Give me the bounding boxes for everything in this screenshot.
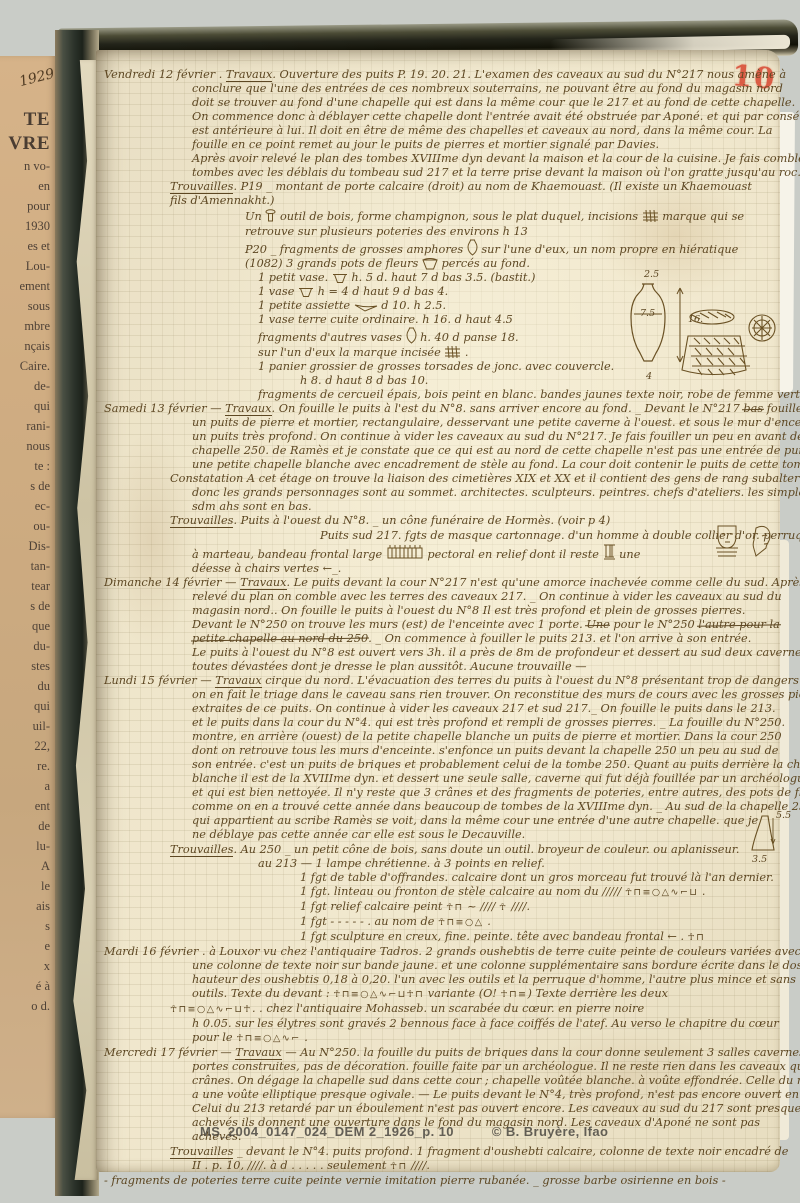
handwritten-text: . On fouille le puits à l'est du N°8. sa… bbox=[272, 402, 744, 415]
newspaper-fragment: s de bbox=[0, 596, 57, 616]
handwritten-text: h 0.05. sur les élytres sont gravés 2 be… bbox=[192, 1017, 779, 1030]
newspaper-fragment: o d. bbox=[0, 996, 57, 1016]
handwritten-text: percés au fond. bbox=[438, 257, 530, 270]
handwritten-text: Mercredi 17 février — bbox=[104, 1046, 235, 1059]
manuscript-line: une colonne de texte noir sur bande jaun… bbox=[104, 959, 780, 973]
underlined-keyword: Trouvailles bbox=[170, 514, 233, 528]
newspaper-fragment: A bbox=[0, 856, 57, 876]
underlined-keyword: Travaux bbox=[235, 1046, 281, 1060]
hieroglyph-run: ☥⊓≡ bbox=[501, 989, 528, 1000]
handwritten-text: Celui du 213 retardé par un éboulement n… bbox=[192, 1102, 800, 1115]
underlined-keyword: Trouvailles bbox=[170, 1145, 233, 1159]
hieroglyph-run: ☥⊓ bbox=[688, 932, 706, 943]
handwritten-text: relevé du plan on comble avec les terres… bbox=[192, 590, 782, 603]
newspaper-fragment: stes bbox=[0, 656, 57, 676]
handwritten-text: dont on retrouve tous les murs d'enceint… bbox=[192, 744, 779, 757]
handwritten-text: Un bbox=[245, 210, 265, 223]
handwritten-text: magasin nord.. On fouille le puits à l'o… bbox=[192, 604, 745, 617]
handwritten-text: . Ouverture des puits P. 19. 20. 21. L'e… bbox=[272, 68, 786, 81]
manuscript-line: doit se trouver au fond d'une chapelle q… bbox=[104, 96, 780, 110]
newspaper-fragment: ement bbox=[0, 276, 57, 296]
newspaper-fragment: e bbox=[0, 936, 57, 956]
handwritten-text: donc les grands personnages sont au somm… bbox=[192, 486, 800, 499]
struck-text: Une bbox=[586, 618, 609, 631]
manuscript-line: P20 _ fragments de grosses amphores sur … bbox=[104, 239, 780, 257]
handwritten-text: 1 vase terre cuite ordinaire. h 16. d ha… bbox=[258, 313, 513, 326]
handwritten-text: ) Texte derrière les deux bbox=[528, 987, 668, 1000]
handwritten-text: pectoral en relief dont il reste bbox=[424, 548, 603, 561]
newspaper-clipping: 1929 TEVREn vo-enpour1930es etLou-ements… bbox=[0, 56, 57, 1118]
manuscript-line: 1 fgt sculpture en creux, fine. peinte. … bbox=[104, 930, 780, 945]
handwritten-text: chapelle 250. de Ramès et je constate qu… bbox=[192, 444, 800, 457]
newspaper-fragment: VRE bbox=[0, 132, 57, 156]
newspaper-fragment: 1930 bbox=[0, 216, 57, 236]
newspaper-fragment: ent bbox=[0, 796, 57, 816]
struck-text: bas bbox=[743, 402, 763, 415]
newspaper-fragment: du bbox=[0, 676, 57, 696]
diary-text: Vendredi 12 février . Travaux. Ouverture… bbox=[104, 68, 780, 1188]
manuscript-line: (1082) 3 grands pots de fleurs percés au… bbox=[104, 257, 780, 271]
handwritten-text: a une voûte elliptique presque ogivale. … bbox=[192, 1088, 800, 1101]
handwritten-text: son entrée. c'est un puits de briques et… bbox=[192, 758, 800, 771]
handwritten-text: sdm ahs sont en bas. bbox=[192, 500, 312, 513]
gridmark-inline-sketch bbox=[642, 210, 659, 223]
manuscript-line: toutes dévastées dont je dresse le plan … bbox=[104, 660, 780, 674]
handwritten-text: . P19 _ montant de porte calcaire (droit… bbox=[233, 180, 751, 193]
newspaper-fragment: re. bbox=[0, 756, 57, 776]
manuscript-line: 1 fgt. linteau ou fronton de stèle calca… bbox=[104, 885, 780, 900]
manuscript-line: Celui du 213 retardé par un éboulement n… bbox=[104, 1102, 780, 1116]
manuscript-line: Devant le N°250 on trouve les murs (est)… bbox=[104, 618, 780, 632]
manuscript-line: portes construites, pas de décoration. f… bbox=[104, 1060, 780, 1074]
newspaper-fragment: tear bbox=[0, 576, 57, 596]
handwritten-text: II . p. 10, ////. à d . . . . . seulemen… bbox=[192, 1159, 390, 1172]
newspaper-fragment: pour bbox=[0, 196, 57, 216]
manuscript-line: II . p. 10, ////. à d . . . . . seulemen… bbox=[104, 1159, 780, 1174]
newspaper-fragment: ais bbox=[0, 896, 57, 916]
manuscript-line: tombes avec les déblais du tombeau sud 2… bbox=[104, 166, 780, 180]
handwritten-text: pour le N°250 bbox=[610, 618, 698, 631]
manuscript-line: son entrée. c'est un puits de briques et… bbox=[104, 758, 780, 772]
manuscript-line: déesse à chairs vertes ←_. bbox=[104, 562, 780, 576]
handwritten-text: qui appartient au scribe Ramès se voit, … bbox=[192, 814, 758, 827]
handwritten-text: ~ //// bbox=[464, 900, 499, 913]
handwritten-text: une colonne de texte noir sur bande jaun… bbox=[192, 959, 800, 972]
handwritten-text: on en fait le triage dans le caveau sans… bbox=[192, 688, 800, 701]
handwritten-text: outil de bois, forme champignon, sous le… bbox=[276, 210, 641, 223]
newspaper-fragment: Caire. bbox=[0, 356, 57, 376]
manuscript-line: fragments de cercueil épais, bois peint … bbox=[104, 388, 780, 402]
underlined-keyword: Trouvailles bbox=[170, 843, 233, 857]
newspaper-fragment: lu- bbox=[0, 836, 57, 856]
manuscript-line: On commence donc à déblayer cette chapel… bbox=[104, 110, 780, 124]
manuscript-line: retrouve sur plusieurs poteries des envi… bbox=[104, 225, 780, 239]
manuscript-line: crânes. On dégage la chapelle sud dans c… bbox=[104, 1074, 780, 1088]
manuscript-line: montre, en arrière (ouest) de la petite … bbox=[104, 730, 780, 744]
manuscript-line: conclure que l'une des entrées de ces no… bbox=[104, 82, 780, 96]
handwritten-year-note: 1929 bbox=[0, 63, 57, 96]
manuscript-line: pour le ☥⊓≡○△∿⌐ . bbox=[104, 1031, 780, 1046]
manuscript-line: Mardi 16 février . à Louxor vu chez l'an… bbox=[104, 945, 780, 959]
newspaper-fragment: TE bbox=[0, 108, 57, 132]
manuscript-line: outils. Texte du devant : ☥⊓≡○△∿⌐⊔☥⊓ var… bbox=[104, 987, 780, 1002]
handwritten-text: h. 40 d panse 18. bbox=[417, 331, 519, 344]
manuscript-line: est antérieure à lui. Il doit en être de… bbox=[104, 124, 780, 138]
handwritten-text: . Puits à l'ouest du N°8. _ un cône funé… bbox=[233, 514, 610, 527]
manuscript-line: Puits sud 217. fgts de masque cartonnage… bbox=[104, 529, 780, 543]
manuscript-line: hauteur des oushebtis 0,18 à 0,20. l'un … bbox=[104, 973, 780, 987]
handwritten-text: cirque du nord. L'évacuation des terres … bbox=[262, 674, 799, 687]
handwritten-text: (1082) 3 grands pots de fleurs bbox=[245, 257, 422, 270]
manuscript-line: fils d'Amennakht.) bbox=[104, 194, 780, 208]
handwritten-text: un puits très profond. On continue à vid… bbox=[192, 430, 800, 443]
scanned-notebook-page: 1929 TEVREn vo-enpour1930es etLou-ements… bbox=[0, 0, 800, 1203]
handwritten-text: et qui est bien nettoyée. Il n'y reste q… bbox=[192, 786, 800, 799]
manuscript-line: magasin nord.. On fouille le puits à l'o… bbox=[104, 604, 780, 618]
handwritten-text: . bbox=[301, 1031, 308, 1044]
bandeau-inline-sketch bbox=[386, 548, 424, 561]
newspaper-fragment: qui bbox=[0, 396, 57, 416]
manuscript-line: 1 fgt de table d'offrandes. calcaire don… bbox=[104, 871, 780, 885]
handwritten-text: Lundi 15 février — bbox=[104, 674, 215, 687]
handwritten-text: h. 5 d. haut 7 d bas 3.5. (bastit.) bbox=[348, 271, 536, 284]
newspaper-fragment: te : bbox=[0, 456, 57, 476]
handwritten-text: déesse à chairs vertes ←_. bbox=[192, 562, 341, 575]
hieroglyph-run: ☥⊓≡○△∿⌐⊔☥ bbox=[170, 1004, 252, 1015]
handwritten-text: 1 petite assiette bbox=[258, 299, 354, 312]
newspaper-fragment: du- bbox=[0, 636, 57, 656]
struck-text: l'autre pour la bbox=[698, 618, 780, 631]
manuscript-line: Le puits à l'ouest du N°8 est ouvert ver… bbox=[104, 646, 780, 660]
pot-inline-sketch bbox=[422, 257, 438, 270]
newspaper-fragment: ou- bbox=[0, 516, 57, 536]
handwritten-text: toutes dévastées dont je dresse le plan … bbox=[192, 660, 587, 673]
handwritten-text: Constatation A cet étage on trouve la li… bbox=[170, 472, 800, 485]
manuscript-line: fouille en ce point remet au jour le pui… bbox=[104, 138, 780, 152]
manuscript-line: relevé du plan on comble avec les terres… bbox=[104, 590, 780, 604]
handwritten-text: Après avoir relevé le plan des tombes XV… bbox=[192, 152, 800, 165]
newspaper-fragment: x bbox=[0, 956, 57, 976]
manuscript-line: ne déblaye pas cette année car elle est … bbox=[104, 828, 780, 842]
manuscript-line: un puits de pierre et mortier, rectangul… bbox=[104, 416, 780, 430]
handwritten-text: est antérieure à lui. Il doit en être de… bbox=[192, 124, 773, 137]
vase-inline-sketch bbox=[298, 285, 314, 298]
handwritten-text: montre, en arrière (ouest) de la petite … bbox=[192, 730, 782, 743]
newspaper-fragment: en bbox=[0, 176, 57, 196]
handwritten-text: pour le bbox=[192, 1031, 236, 1044]
newspaper-fragment: é à bbox=[0, 976, 57, 996]
manuscript-line: blanche il est de la XVIIIme dyn. et des… bbox=[104, 772, 780, 786]
handwritten-text: tombes avec les déblais du tombeau sud 2… bbox=[192, 166, 800, 179]
two-faces-sketch bbox=[712, 522, 776, 566]
underlined-keyword: Travaux bbox=[215, 674, 261, 688]
amphora-inline-sketch bbox=[406, 331, 417, 344]
hieroglyph-run: ☥ bbox=[499, 902, 508, 913]
hieroglyph-run: ☥⊓≡○△∿⌐ bbox=[236, 1033, 300, 1044]
manuscript-line: 1 fgt relief calcaire peint ☥⊓ ~ //// ☥ … bbox=[104, 900, 780, 915]
manuscript-line: petite chapelle au nord du 250. _ On com… bbox=[104, 632, 780, 646]
copyright-credit: © B. Bruyère, Ifao bbox=[492, 1124, 608, 1139]
handwritten-text: h = 4 d haut 9 d bas 4. bbox=[314, 285, 448, 298]
manuscript-line: h 0.05. sur les élytres sont gravés 2 be… bbox=[104, 1017, 780, 1031]
manuscript-line: un puits très profond. On continue à vid… bbox=[104, 430, 780, 444]
handwritten-text: fils d'Amennakht.) bbox=[170, 194, 274, 207]
handwritten-text: fouille en ce point remet au jour le pui… bbox=[192, 138, 659, 151]
manuscript-line: et qui est bien nettoyée. Il n'y reste q… bbox=[104, 786, 780, 800]
newspaper-fragment: de bbox=[0, 816, 57, 836]
newspaper-fragment: nous bbox=[0, 436, 57, 456]
handwritten-text: 1 fgt de table d'offrandes. calcaire don… bbox=[300, 871, 774, 884]
newspaper-fragment: mbre bbox=[0, 316, 57, 336]
manuscript-line: Mercredi 17 février — Travaux — Au N°250… bbox=[104, 1046, 780, 1060]
newspaper-fragment: Dis- bbox=[0, 536, 57, 556]
plate-inline-sketch bbox=[354, 299, 378, 312]
newspaper-fragment: le bbox=[0, 876, 57, 896]
manuscript-line: 1 fgt - - - - - . au nom de ☥⊓≡○△ . bbox=[104, 915, 780, 930]
underlined-keyword: Travaux bbox=[225, 402, 271, 416]
handwritten-text: sur l'un d'eux la marque incisée bbox=[258, 346, 444, 359]
handwritten-text: Le puits à l'ouest du N°8 est ouvert ver… bbox=[192, 646, 800, 659]
basket-with-lid-sketch bbox=[680, 308, 776, 396]
handwritten-text: portes construites, pas de décoration. f… bbox=[192, 1060, 800, 1073]
manuscript-line: une petite chapelle blanche avec encadre… bbox=[104, 458, 780, 472]
hieroglyph-run: ☥⊓≡○△∿⌐⊔ bbox=[625, 887, 698, 898]
handwritten-text: une petite chapelle blanche avec encadre… bbox=[192, 458, 800, 471]
handwritten-text: . _ On commence à fouiller le puits 213.… bbox=[368, 632, 751, 645]
manuscript-line: - fragments de poteries terre cuite pein… bbox=[104, 1174, 780, 1188]
wooden-cone-sketch: 5.5 3.5 bbox=[748, 812, 788, 872]
handwritten-text: doit se trouver au fond d'une chapelle q… bbox=[192, 96, 795, 109]
handwritten-text: On commence donc à déblayer cette chapel… bbox=[192, 110, 800, 123]
hieroglyph-run: ☥⊓≡○△∿⌐⊔☥⊓ bbox=[333, 989, 424, 1000]
manuscript-line: a une voûte elliptique presque ogivale. … bbox=[104, 1088, 780, 1102]
handwritten-text: hauteur des oushebtis 0,18 à 0,20. l'un … bbox=[192, 973, 796, 986]
newspaper-fragment: sous bbox=[0, 296, 57, 316]
vase-inline-sketch bbox=[332, 271, 348, 284]
manuscript-line: Constatation A cet étage on trouve la li… bbox=[104, 472, 780, 486]
archive-id: MS_2004_0147_024_DEM 2_1926_p. 10 bbox=[200, 1124, 454, 1139]
manuscript-line: dont on retrouve tous les murs d'enceint… bbox=[104, 744, 780, 758]
handwritten-text: Devant le N°250 on trouve les murs (est)… bbox=[192, 618, 586, 631]
newspaper-fragment: ec- bbox=[0, 496, 57, 516]
handwritten-text: ////. bbox=[408, 1159, 430, 1172]
hieroglyph-run: ☥⊓ bbox=[390, 1161, 408, 1172]
manuscript-line: Un outil de bois, forme champignon, sous… bbox=[104, 208, 780, 224]
column-inline-sketch bbox=[603, 548, 616, 561]
manuscript-line: à marteau, bandeau frontal large pectora… bbox=[104, 543, 780, 562]
handwritten-text: . bbox=[484, 915, 491, 928]
handwritten-text: 1 panier grossier de grosses torsades de… bbox=[258, 360, 614, 373]
handwritten-text: Samedi 13 février — bbox=[104, 402, 225, 415]
manuscript-line: Trouvailles. Puits à l'ouest du N°8. _ u… bbox=[104, 514, 780, 528]
manuscript-line: Vendredi 12 février . Travaux. Ouverture… bbox=[104, 68, 780, 82]
handwritten-text: Vendredi 12 février . bbox=[104, 68, 226, 81]
newspaper-fragment: tan- bbox=[0, 556, 57, 576]
handwritten-text: . . chez l'antiquaire Mohasseb. un scara… bbox=[252, 1002, 644, 1015]
struck-text: petite chapelle au nord du 250 bbox=[192, 632, 368, 645]
handwritten-text: - fragments de poteries terre cuite pein… bbox=[104, 1174, 726, 1187]
handwritten-text: _ devant le N°4. puits profond. 1 fragme… bbox=[233, 1145, 788, 1158]
newspaper-fragment: qui bbox=[0, 696, 57, 716]
manuscript-line: au 213 — 1 lampe chrétienne. à 3 points … bbox=[104, 857, 780, 871]
archive-stamp: MS_2004_0147_024_DEM 2_1926_p. 10 © B. B… bbox=[200, 1124, 608, 1139]
handwritten-text: fragments d'autres vases bbox=[258, 331, 406, 344]
gridmark-inline-sketch bbox=[444, 346, 461, 359]
handwritten-text: extraites de ce puits. On continue à vid… bbox=[192, 702, 776, 715]
handwritten-text: blanche il est de la XVIIIme dyn. et des… bbox=[192, 772, 800, 785]
handwritten-text: une bbox=[616, 548, 641, 561]
manuscript-line: donc les grands personnages sont au somm… bbox=[104, 486, 780, 500]
manuscript-line: chapelle 250. de Ramès et je constate qu… bbox=[104, 444, 780, 458]
handwritten-text: comme on en a trouvé cette année dans be… bbox=[192, 800, 800, 813]
handwritten-text: 1 vase bbox=[258, 285, 298, 298]
manuscript-line: ☥⊓≡○△∿⌐⊔☥. . chez l'antiquaire Mohasseb.… bbox=[104, 1002, 780, 1017]
newspaper-fragment: nçais bbox=[0, 336, 57, 356]
handwritten-text: marque qui se bbox=[659, 210, 744, 223]
handwritten-text: un puits de pierre et mortier, rectangul… bbox=[192, 416, 800, 429]
handwritten-text: Dimanche 14 février — bbox=[104, 576, 240, 589]
handwritten-text: ne déblaye pas cette année car elle est … bbox=[192, 828, 525, 841]
newspaper-fragment: es et bbox=[0, 236, 57, 256]
manuscript-line: Dimanche 14 février — Travaux. Le puits … bbox=[104, 576, 780, 590]
handwritten-text: 1 fgt - - - - - . au nom de bbox=[300, 915, 438, 928]
handwritten-text: au 213 — 1 lampe chrétienne. à 3 points … bbox=[258, 857, 545, 870]
underlined-keyword: Trouvailles bbox=[170, 180, 233, 194]
handwritten-text: Mardi 16 février . à Louxor vu chez l'an… bbox=[104, 945, 800, 958]
handwritten-text: variante (O! bbox=[424, 987, 500, 1000]
newspaper-fragment: Lou- bbox=[0, 256, 57, 276]
manuscript-line: comme on en a trouvé cette année dans be… bbox=[104, 800, 780, 814]
handwritten-text: ////. bbox=[508, 900, 530, 913]
manuscript-line: qui appartient au scribe Ramès se voit, … bbox=[104, 814, 780, 828]
newspaper-fragment: 22, bbox=[0, 736, 57, 756]
handwritten-text: et le puits dans la cour du N°4. qui est… bbox=[192, 716, 785, 729]
manuscript-line: extraites de ce puits. On continue à vid… bbox=[104, 702, 780, 716]
mushroom-inline-sketch bbox=[265, 210, 276, 223]
handwritten-text: 1 petit vase. bbox=[258, 271, 332, 284]
manuscript-line: Après avoir relevé le plan des tombes XV… bbox=[104, 152, 780, 166]
handwritten-text: P20 _ fragments de grosses amphores bbox=[245, 243, 467, 256]
manuscript-line: Trouvailles. P19 _ montant de porte calc… bbox=[104, 180, 780, 194]
handwritten-text: — Au N°250. la fouille du puits de briqu… bbox=[282, 1046, 800, 1059]
handwritten-text: conclure que l'une des entrées de ces no… bbox=[192, 82, 783, 95]
handwritten-text: . Le puits devant la cour N°217 n'est qu… bbox=[287, 576, 800, 589]
newspaper-fragment: n vo- bbox=[0, 156, 57, 176]
amphora-inline-sketch bbox=[467, 243, 478, 256]
newspaper-fragment: que bbox=[0, 616, 57, 636]
newspaper-text-fragments: TEVREn vo-enpour1930es etLou-ementsousmb… bbox=[0, 108, 57, 1016]
hieroglyph-run: ☥⊓≡○△ bbox=[438, 917, 484, 928]
manuscript-line: Trouvailles _ devant le N°4. puits profo… bbox=[104, 1145, 780, 1159]
underlined-keyword: Travaux bbox=[226, 68, 272, 82]
handwritten-text: fouille retrouve bbox=[763, 402, 800, 415]
handwritten-text: 1 fgt relief calcaire peint bbox=[300, 900, 446, 913]
newspaper-fragment: rani- bbox=[0, 416, 57, 436]
manuscript-line: Lundi 15 février — Travaux cirque du nor… bbox=[104, 674, 780, 688]
handwritten-text: outils. Texte du devant : bbox=[192, 987, 333, 1000]
handwritten-text: retrouve sur plusieurs poteries des envi… bbox=[245, 225, 528, 238]
newspaper-fragment: de- bbox=[0, 376, 57, 396]
hieroglyph-run: ☥⊓ bbox=[446, 902, 464, 913]
handwritten-text: crânes. On dégage la chapelle sud dans c… bbox=[192, 1074, 800, 1087]
handwritten-text: 1 fgt. linteau ou fronton de stèle calca… bbox=[300, 885, 625, 898]
manuscript-line: Trouvailles. Au 250 _ un petit cône de b… bbox=[104, 843, 780, 857]
handwritten-text: 1 fgt sculpture en creux, fine. peinte. … bbox=[300, 930, 688, 943]
handwritten-text: sur l'une d'eux, un nom propre en hiérat… bbox=[478, 243, 739, 256]
handwritten-text: . bbox=[698, 885, 705, 898]
handwritten-text: . bbox=[461, 346, 468, 359]
manuscript-line: on en fait le triage dans le caveau sans… bbox=[104, 688, 780, 702]
manuscript-line: sdm ahs sont en bas. bbox=[104, 500, 780, 514]
newspaper-fragment: s bbox=[0, 916, 57, 936]
manuscript-line: et le puits dans la cour du N°4. qui est… bbox=[104, 716, 780, 730]
newspaper-fragment: a bbox=[0, 776, 57, 796]
handwritten-text: . Au 250 _ un petit cône de bois, sans d… bbox=[233, 843, 739, 856]
manuscript-line: Samedi 13 février — Travaux. On fouille … bbox=[104, 402, 780, 416]
newspaper-fragment: uil- bbox=[0, 716, 57, 736]
handwritten-text: à marteau, bandeau frontal large bbox=[192, 548, 386, 561]
handwritten-text: h 8. d haut 8 d bas 10. bbox=[300, 374, 428, 387]
handwritten-text: d 10. h 2.5. bbox=[378, 299, 446, 312]
underlined-keyword: Travaux bbox=[240, 576, 286, 590]
newspaper-fragment: s de bbox=[0, 476, 57, 496]
